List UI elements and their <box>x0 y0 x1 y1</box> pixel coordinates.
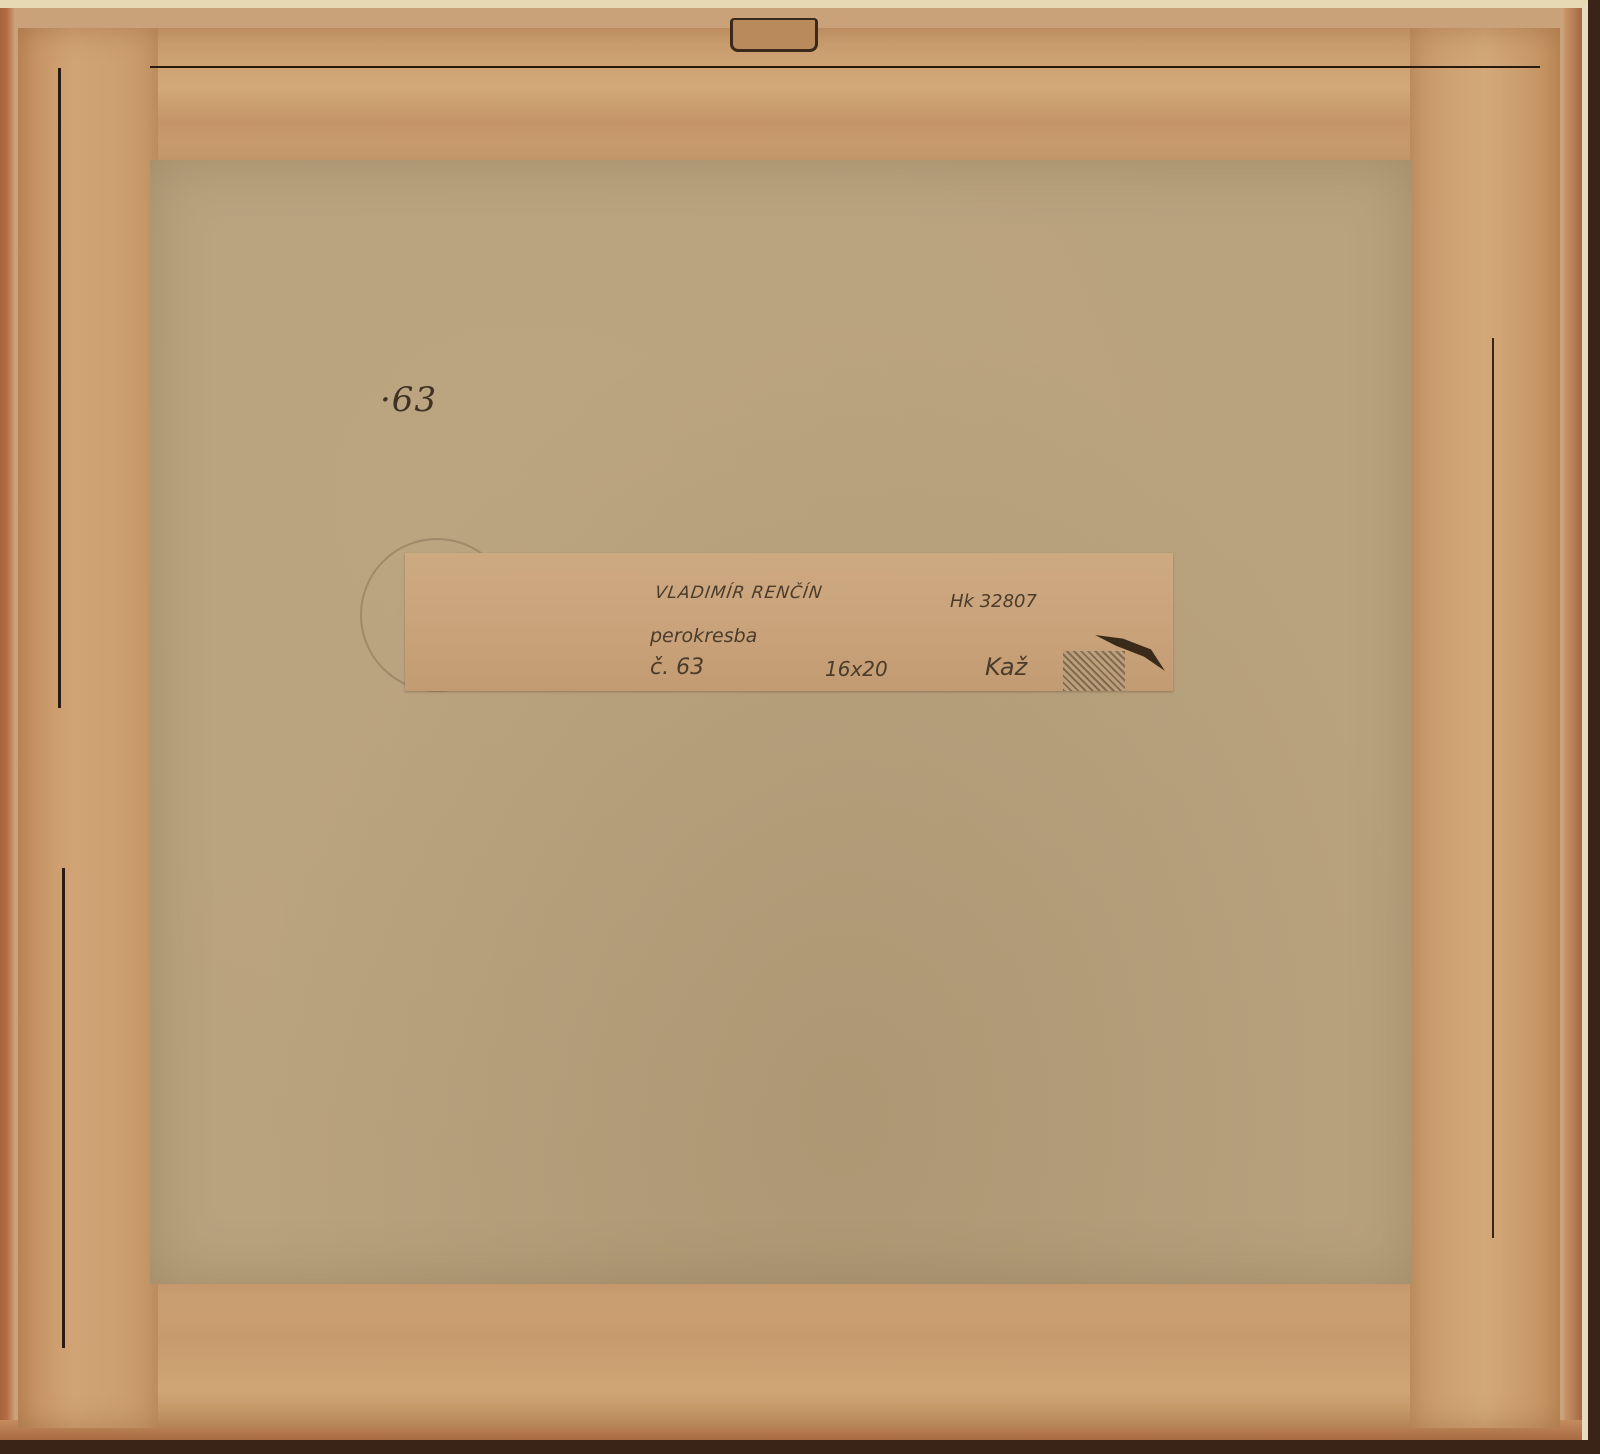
paper-tape-left <box>18 28 158 1428</box>
picture-frame-back: ·63 VLADIMÍR RENČÍN Hk 32807 perokresba … <box>0 0 1588 1440</box>
tape-tear-line-top <box>150 66 1540 68</box>
paper-tape-right <box>1410 28 1560 1428</box>
tape-tear-line-left-lower <box>62 868 65 1348</box>
paper-tape-bottom <box>40 1278 1560 1428</box>
label-artist: VLADIMÍR RENČÍN <box>654 583 824 603</box>
hanger-icon <box>730 18 818 52</box>
handwritten-label: VLADIMÍR RENČÍN Hk 32807 perokresba č. 6… <box>405 553 1173 691</box>
tape-tear-line-right <box>1492 338 1494 1238</box>
pencil-number: ·63 <box>380 380 437 420</box>
cardboard-backing <box>150 160 1412 1284</box>
frame-left-edge <box>0 8 14 1440</box>
label-catalog-number: č. 63 <box>650 655 704 680</box>
frame-right-edge <box>1564 8 1582 1440</box>
tape-tear-line-left <box>58 68 61 708</box>
label-stamp <box>1063 651 1125 691</box>
label-size: 16x20 <box>825 657 888 681</box>
label-inventory-number: Hk 32807 <box>950 591 1037 612</box>
label-technique: perokresba <box>650 625 757 647</box>
label-extra-text: Kaž <box>985 653 1027 681</box>
